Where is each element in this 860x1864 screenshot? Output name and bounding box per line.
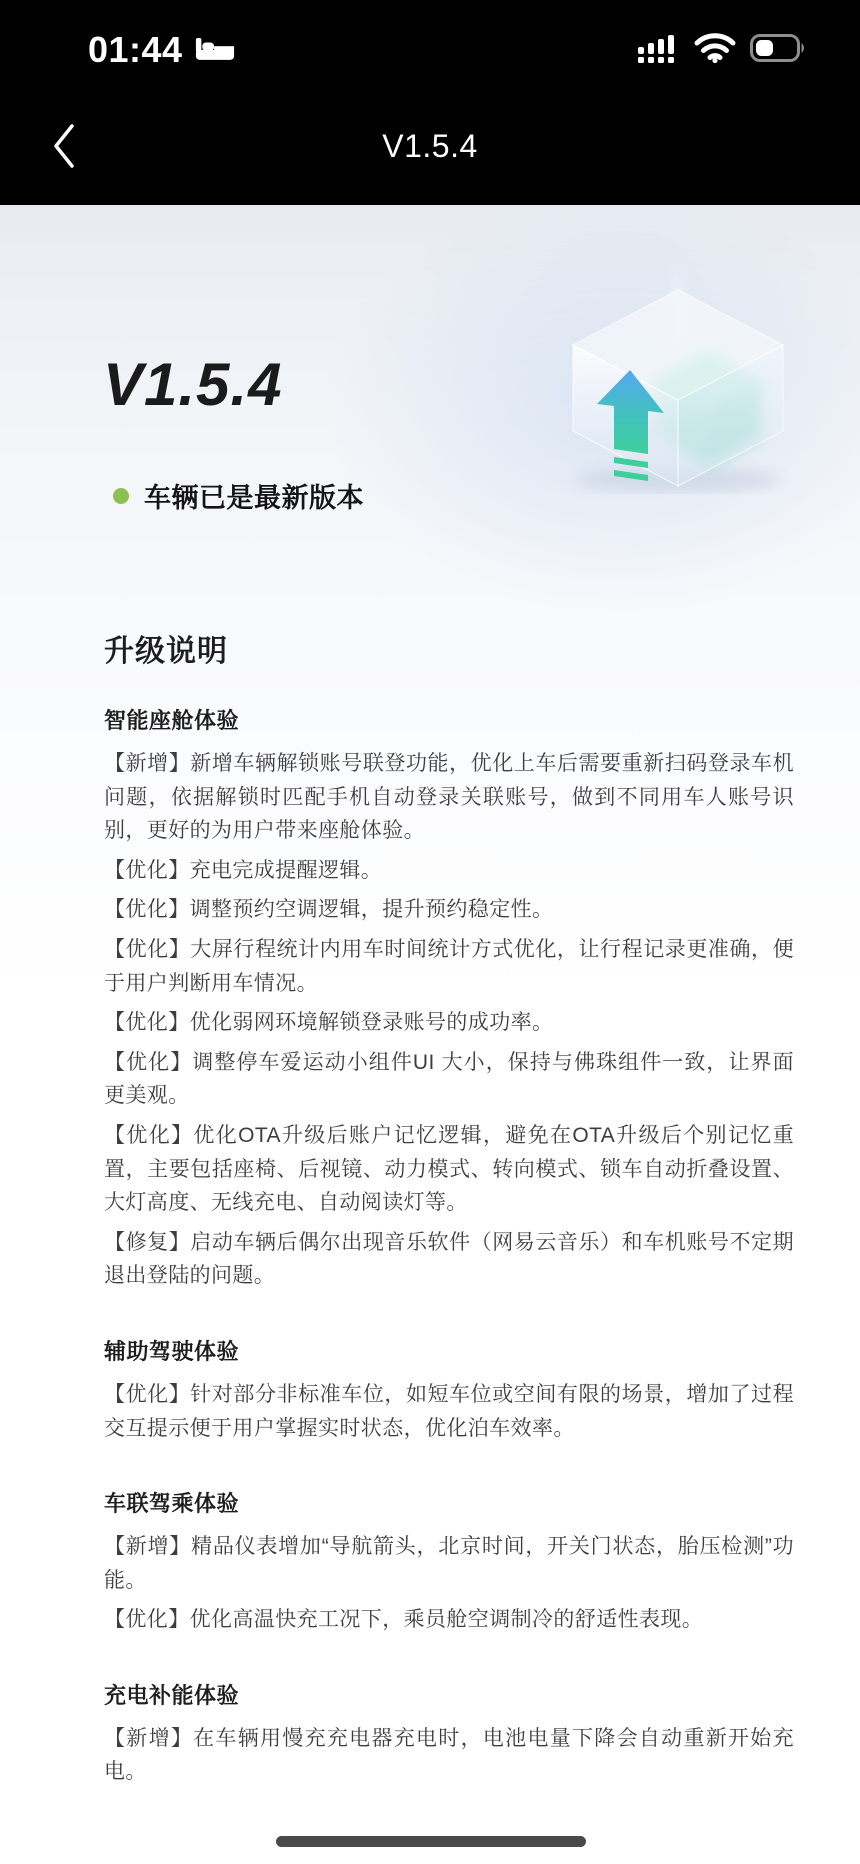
- status-bar: 01:44: [0, 0, 860, 90]
- update-status-text: 车辆已是最新版本: [144, 476, 364, 515]
- section-heading: 车联驾乘体验: [104, 1487, 794, 1518]
- release-note-item: 【优化】优化OTA升级后账户记忆逻辑，避免在OTA升级后个别记忆重置，主要包括座…: [104, 1119, 794, 1220]
- release-note-item: 【修复】启动车辆后偶尔出现音乐软件（网易云音乐）和车机账号不定期退出登陆的问题。: [104, 1226, 794, 1293]
- update-status-row: 车辆已是最新版本: [113, 476, 364, 515]
- release-note-item: 【优化】优化弱网环境解锁登录账号的成功率。: [104, 1006, 794, 1040]
- cellular-signal-icon: [636, 33, 680, 68]
- section-heading: 辅助驾驶体验: [104, 1335, 794, 1366]
- release-note-item: 【优化】调整预约空调逻辑，提升预约稳定性。: [104, 893, 794, 927]
- release-notes: 升级说明 智能座舱体验【新增】新增车辆解锁账号联登功能，优化上车后需要重新扫码登…: [104, 626, 794, 1795]
- clock-time: 01:44: [88, 29, 183, 71]
- battery-icon: [750, 33, 808, 68]
- bed-icon: [195, 33, 235, 68]
- page-title: V1.5.4: [0, 128, 860, 165]
- release-sections: 智能座舱体验【新增】新增车辆解锁账号联登功能，优化上车后需要重新扫码登录车机问题…: [104, 704, 794, 1789]
- upgrade-cube-illustration: [556, 258, 800, 494]
- release-note-item: 【新增】精品仪表增加“导航箭头，北京时间，开关门状态，胎压检测”功能。: [104, 1530, 794, 1597]
- home-indicator[interactable]: [276, 1836, 586, 1847]
- ota-release-notes-page: 01:44: [0, 0, 860, 1864]
- section-heading: 充电补能体验: [104, 1679, 794, 1710]
- status-dot-icon: [113, 488, 129, 504]
- release-note-item: 【优化】充电完成提醒逻辑。: [104, 854, 794, 888]
- release-note-item: 【优化】优化高温快充工况下，乘员舱空调制冷的舒适性表现。: [104, 1603, 794, 1637]
- version-heading: V1.5.4: [103, 352, 282, 418]
- release-note-item: 【新增】在车辆用慢充充电器充电时，电池电量下降会自动重新开始充电。: [104, 1722, 794, 1789]
- nav-bar: V1.5.4: [0, 90, 860, 205]
- release-notes-title: 升级说明: [104, 626, 794, 670]
- release-note-item: 【优化】调整停车爱运动小组件UI 大小，保持与佛珠组件一致，让界面更美观。: [104, 1046, 794, 1113]
- release-note-item: 【优化】大屏行程统计内用车时间统计方式优化，让行程记录更准确，便于用户判断用车情…: [104, 933, 794, 1000]
- release-note-item: 【优化】针对部分非标准车位，如短车位或空间有限的场景，增加了过程交互提示便于用户…: [104, 1378, 794, 1445]
- section-heading: 智能座舱体验: [104, 704, 794, 735]
- release-note-item: 【新增】新增车辆解锁账号联登功能，优化上车后需要重新扫码登录车机问题，依据解锁时…: [104, 747, 794, 848]
- wifi-icon: [694, 33, 736, 68]
